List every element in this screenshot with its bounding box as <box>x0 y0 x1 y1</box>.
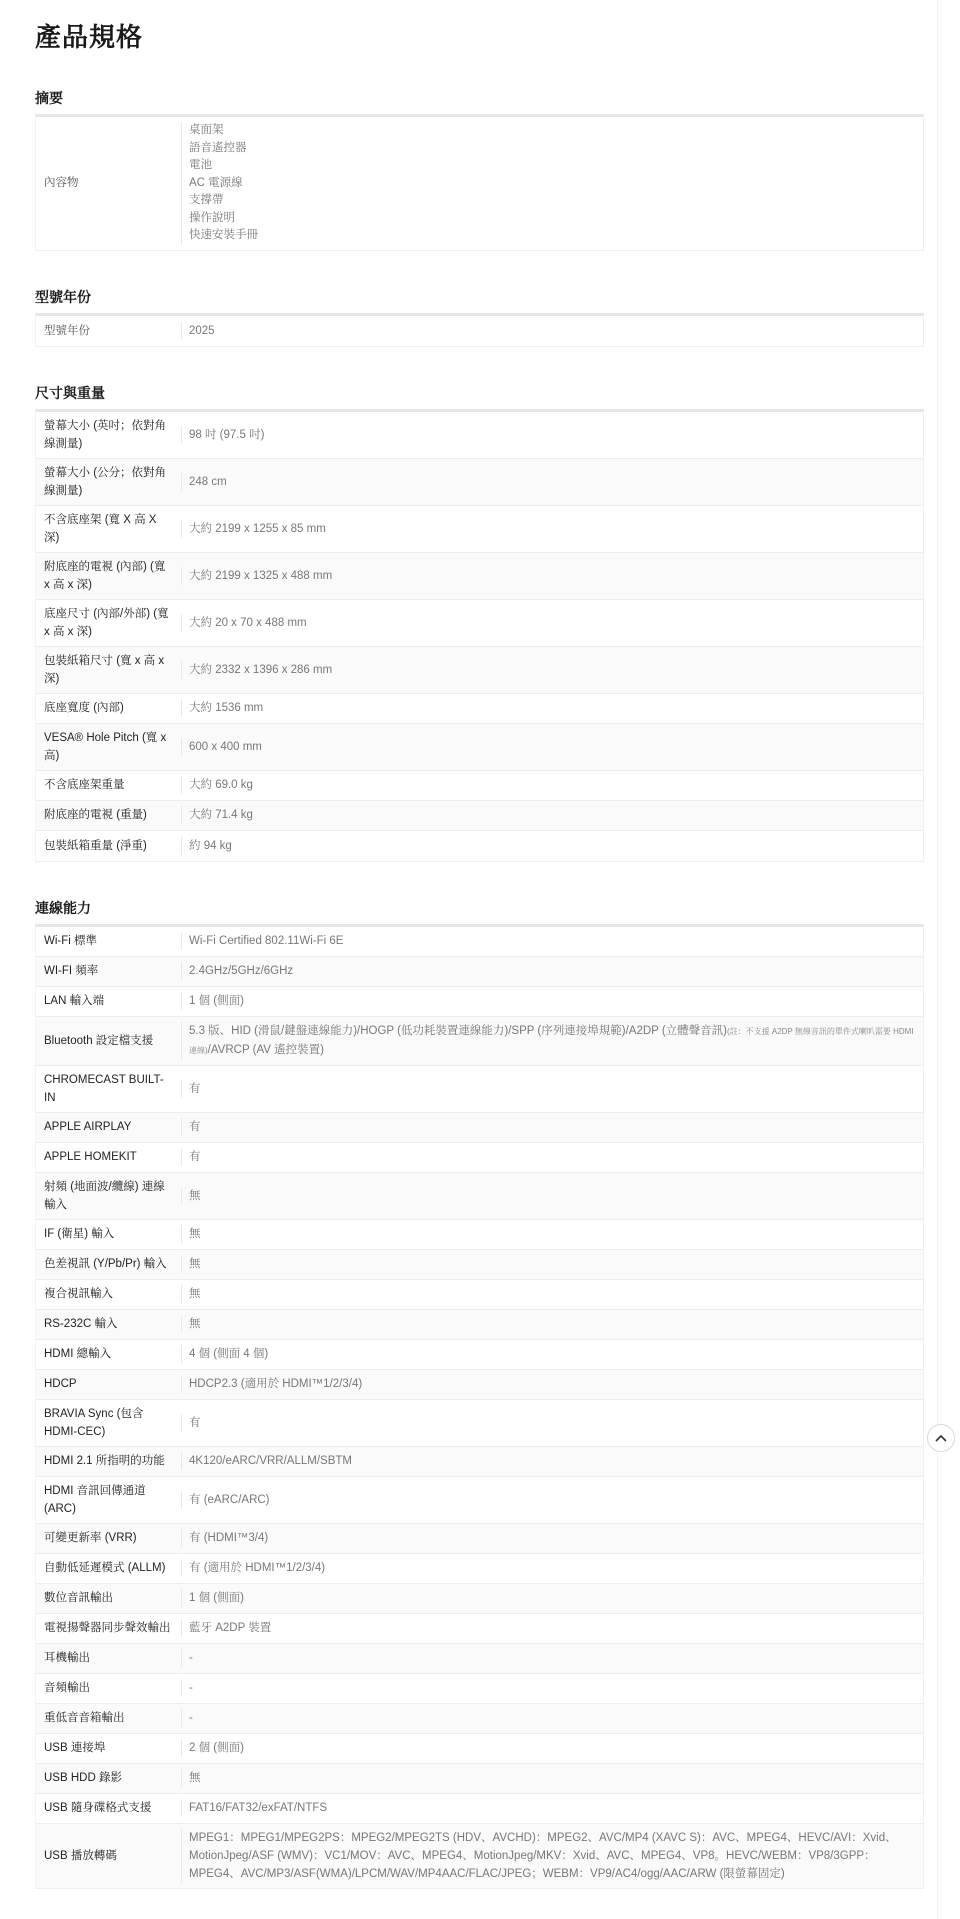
spec-row: 可變更新率 (VRR)有 (HDMI™3/4) <box>36 1524 923 1554</box>
spec-row: LAN 輸入端1 個 (側面) <box>36 987 923 1017</box>
spec-label: 底座尺寸 (內部/外部) (寬 x 高 x 深) <box>36 600 181 646</box>
section-title: 連線能力 <box>35 898 924 924</box>
spec-value: MPEG1：MPEG1/MPEG2PS：MPEG2/MPEG2TS (HDV、A… <box>181 1829 923 1883</box>
content-item: 快速安裝手冊 <box>189 227 915 245</box>
spec-label: 自動低延遲模式 (ALLM) <box>36 1554 181 1582</box>
page-right-border <box>937 0 938 1919</box>
spec-page: 產品規格 摘要 內容物 桌面架 語音遙控器 電池 AC 電源線 支撐帶 操作說明… <box>0 0 960 1889</box>
spec-row: CHROMECAST BUILT-IN有 <box>36 1066 923 1113</box>
spec-row: HDCPHDCP2.3 (適用於 HDMI™1/2/3/4) <box>36 1370 923 1400</box>
spec-label: USB 隨身碟格式支援 <box>36 1794 181 1822</box>
spec-label: LAN 輸入端 <box>36 987 181 1015</box>
spec-value: 無 <box>181 1769 923 1787</box>
content-item: 桌面架 <box>189 122 915 140</box>
spec-label: VESA® Hole Pitch (寬 x 高) <box>36 724 181 770</box>
spec-value: 4K120/eARC/VRR/ALLM/SBTM <box>181 1452 923 1470</box>
spec-label: BRAVIA Sync (包含 HDMI-CEC) <box>36 1400 181 1446</box>
spec-value: 大約 20 x 70 x 488 mm <box>181 614 923 632</box>
spec-value: 無 <box>181 1187 923 1205</box>
page-title: 產品規格 <box>35 0 924 50</box>
spec-label: 包裝紙箱尺寸 (寬 x 高 x 深) <box>36 647 181 693</box>
spec-value: 大約 1536 mm <box>181 699 923 717</box>
spec-value: 有 <box>181 1118 923 1136</box>
spec-row: 型號年份 2025 <box>36 316 923 346</box>
spec-value: 無 <box>181 1315 923 1333</box>
spec-label: 複合視訊輸入 <box>36 1280 181 1308</box>
spec-row: RS-232C 輸入無 <box>36 1310 923 1340</box>
spec-value: 5.3 版、HID (滑鼠/鍵盤連線能力)/HOGP (低功耗裝置連線能力)/S… <box>181 1022 923 1060</box>
spec-value: 600 x 400 mm <box>181 738 923 756</box>
spec-label: APPLE HOMEKIT <box>36 1143 181 1171</box>
spec-row: 自動低延遲模式 (ALLM)有 (適用於 HDMI™1/2/3/4) <box>36 1554 923 1584</box>
spec-value: 大約 71.4 kg <box>181 806 923 824</box>
spec-row: APPLE AIRPLAY有 <box>36 1113 923 1143</box>
spec-label: 可變更新率 (VRR) <box>36 1524 181 1552</box>
spec-label: 螢幕大小 (英吋；依對角線測量) <box>36 412 181 458</box>
spec-label: 內容物 <box>36 169 181 197</box>
spec-label: 底座寬度 (內部) <box>36 694 181 722</box>
chevron-up-icon <box>935 1434 947 1442</box>
spec-row: 音頻輸出- <box>36 1674 923 1704</box>
spec-row: HDMI 音訊回傳通道 (ARC)有 (eARC/ARC) <box>36 1477 923 1524</box>
scroll-to-top-button[interactable] <box>927 1424 955 1452</box>
spec-row: 螢幕大小 (公分；依對角線測量)248 cm <box>36 459 923 506</box>
spec-value: 藍牙 A2DP 裝置 <box>181 1619 923 1637</box>
content-item: 操作說明 <box>189 210 915 228</box>
spec-table: 螢幕大小 (英吋；依對角線測量)98 吋 (97.5 吋)螢幕大小 (公分；依對… <box>35 409 924 862</box>
spec-row: 底座寬度 (內部)大約 1536 mm <box>36 694 923 724</box>
spec-value: Wi-Fi Certified 802.11Wi-Fi 6E <box>181 932 923 950</box>
spec-row: BRAVIA Sync (包含 HDMI-CEC)有 <box>36 1400 923 1447</box>
spec-label: HDMI 2.1 所指明的功能 <box>36 1447 181 1475</box>
spec-value: 2 個 (側面) <box>181 1739 923 1757</box>
spec-row: IF (衛星) 輸入無 <box>36 1220 923 1250</box>
spec-value-main: 5.3 版、HID (滑鼠/鍵盤連線能力)/HOGP (低功耗裝置連線能力)/S… <box>189 1025 727 1037</box>
spec-label: 音頻輸出 <box>36 1674 181 1702</box>
spec-row: 不含底座架 (寬 X 高 X 深)大約 2199 x 1255 x 85 mm <box>36 506 923 553</box>
spec-row: 底座尺寸 (內部/外部) (寬 x 高 x 深)大約 20 x 70 x 488… <box>36 600 923 647</box>
spec-label: 型號年份 <box>36 317 181 345</box>
section-summary: 摘要 內容物 桌面架 語音遙控器 電池 AC 電源線 支撐帶 操作說明 快速安裝… <box>35 88 924 251</box>
spec-row: USB 連接埠2 個 (側面) <box>36 1734 923 1764</box>
spec-value: 2025 <box>181 322 923 340</box>
spec-label: Bluetooth 設定檔支援 <box>36 1027 181 1055</box>
spec-value: 1 個 (側面) <box>181 992 923 1010</box>
section-connectivity: 連線能力 Wi-Fi 標準Wi-Fi Certified 802.11Wi-Fi… <box>35 898 924 1889</box>
spec-label: 包裝紙箱重量 (淨重) <box>36 832 181 860</box>
spec-value: 無 <box>181 1285 923 1303</box>
spec-label: RS-232C 輸入 <box>36 1310 181 1338</box>
spec-label: 耳機輸出 <box>36 1644 181 1672</box>
spec-row: 包裝紙箱尺寸 (寬 x 高 x 深)大約 2332 x 1396 x 286 m… <box>36 647 923 694</box>
spec-row: WI-FI 頻率2.4GHz/5GHz/6GHz <box>36 957 923 987</box>
spec-label: 不含底座架重量 <box>36 771 181 799</box>
spec-value: 有 (適用於 HDMI™1/2/3/4) <box>181 1559 923 1577</box>
spec-value: 248 cm <box>181 473 923 491</box>
spec-row: 色差視訊 (Y/Pb/Pr) 輸入無 <box>36 1250 923 1280</box>
content-item: AC 電源線 <box>189 175 915 193</box>
spec-value: 無 <box>181 1225 923 1243</box>
spec-label: HDCP <box>36 1370 181 1398</box>
spec-row: 附底座的電視 (內部) (寬 x 高 x 深)大約 2199 x 1325 x … <box>36 553 923 600</box>
spec-label: 附底座的電視 (內部) (寬 x 高 x 深) <box>36 553 181 599</box>
spec-label: HDMI 音訊回傳通道 (ARC) <box>36 1477 181 1523</box>
spec-label: APPLE AIRPLAY <box>36 1113 181 1141</box>
spec-row: HDMI 總輸入4 個 (側面 4 個) <box>36 1340 923 1370</box>
spec-label: USB 連接埠 <box>36 1734 181 1762</box>
spec-value: - <box>181 1709 923 1727</box>
spec-row: VESA® Hole Pitch (寬 x 高)600 x 400 mm <box>36 724 923 771</box>
spec-label: WI-FI 頻率 <box>36 957 181 985</box>
spec-table: 內容物 桌面架 語音遙控器 電池 AC 電源線 支撐帶 操作說明 快速安裝手冊 <box>35 114 924 251</box>
spec-value: 大約 2332 x 1396 x 286 mm <box>181 661 923 679</box>
spec-label: 重低音音箱輸出 <box>36 1704 181 1732</box>
section-title: 摘要 <box>35 88 924 114</box>
spec-label: USB 播放轉碼 <box>36 1842 181 1870</box>
spec-table: 型號年份 2025 <box>35 313 924 347</box>
spec-row: HDMI 2.1 所指明的功能4K120/eARC/VRR/ALLM/SBTM <box>36 1447 923 1477</box>
spec-row: 電視揚聲器同步聲效輸出藍牙 A2DP 裝置 <box>36 1614 923 1644</box>
spec-row: APPLE HOMEKIT有 <box>36 1143 923 1173</box>
spec-row: Wi-Fi 標準Wi-Fi Certified 802.11Wi-Fi 6E <box>36 927 923 957</box>
spec-row: 附底座的電視 (重量)大約 71.4 kg <box>36 801 923 831</box>
spec-value: 大約 2199 x 1325 x 488 mm <box>181 567 923 585</box>
spec-row: 內容物 桌面架 語音遙控器 電池 AC 電源線 支撐帶 操作說明 快速安裝手冊 <box>36 117 923 250</box>
spec-label: 射頻 (地面波/纜線) 連線輸入 <box>36 1173 181 1219</box>
spec-row: 射頻 (地面波/纜線) 連線輸入無 <box>36 1173 923 1220</box>
spec-value: 約 94 kg <box>181 837 923 855</box>
spec-value: 4 個 (側面 4 個) <box>181 1345 923 1363</box>
spec-label: 螢幕大小 (公分；依對角線測量) <box>36 459 181 505</box>
spec-row: 複合視訊輸入無 <box>36 1280 923 1310</box>
spec-value: HDCP2.3 (適用於 HDMI™1/2/3/4) <box>181 1375 923 1393</box>
spec-value: 有 <box>181 1080 923 1098</box>
spec-label: 附底座的電視 (重量) <box>36 801 181 829</box>
spec-label: CHROMECAST BUILT-IN <box>36 1066 181 1112</box>
spec-value: 98 吋 (97.5 吋) <box>181 426 923 444</box>
spec-table: Wi-Fi 標準Wi-Fi Certified 802.11Wi-Fi 6EWI… <box>35 924 924 1889</box>
spec-value: - <box>181 1679 923 1697</box>
spec-row: 螢幕大小 (英吋；依對角線測量)98 吋 (97.5 吋) <box>36 412 923 459</box>
spec-value: 1 個 (側面) <box>181 1589 923 1607</box>
spec-label: 色差視訊 (Y/Pb/Pr) 輸入 <box>36 1250 181 1278</box>
spec-value: 無 <box>181 1255 923 1273</box>
spec-label: 電視揚聲器同步聲效輸出 <box>36 1614 181 1642</box>
content-item: 語音遙控器 <box>189 140 915 158</box>
spec-value: 2.4GHz/5GHz/6GHz <box>181 962 923 980</box>
spec-row: 不含底座架重量大約 69.0 kg <box>36 771 923 801</box>
spec-value: - <box>181 1649 923 1667</box>
spec-row: 耳機輸出- <box>36 1644 923 1674</box>
spec-row: 包裝紙箱重量 (淨重)約 94 kg <box>36 831 923 861</box>
spec-row: 數位音訊輸出1 個 (側面) <box>36 1584 923 1614</box>
spec-value: 有 (eARC/ARC) <box>181 1491 923 1509</box>
section-dimensions: 尺寸與重量 螢幕大小 (英吋；依對角線測量)98 吋 (97.5 吋)螢幕大小 … <box>35 383 924 862</box>
spec-label: 數位音訊輸出 <box>36 1584 181 1612</box>
content-item: 支撐帶 <box>189 192 915 210</box>
section-title: 型號年份 <box>35 287 924 313</box>
spec-value: 桌面架 語音遙控器 電池 AC 電源線 支撐帶 操作說明 快速安裝手冊 <box>181 122 923 245</box>
spec-value: 有 <box>181 1148 923 1166</box>
spec-label: HDMI 總輸入 <box>36 1340 181 1368</box>
spec-value-suffix: /AVRCP (AV 遙控裝置) <box>208 1044 324 1056</box>
spec-label: Wi-Fi 標準 <box>36 927 181 955</box>
content-item: 電池 <box>189 157 915 175</box>
spec-row: USB 播放轉碼MPEG1：MPEG1/MPEG2PS：MPEG2/MPEG2T… <box>36 1824 923 1888</box>
spec-label: USB HDD 錄影 <box>36 1764 181 1792</box>
spec-value: FAT16/FAT32/exFAT/NTFS <box>181 1799 923 1817</box>
section-model-year: 型號年份 型號年份 2025 <box>35 287 924 347</box>
spec-value: 有 (HDMI™3/4) <box>181 1529 923 1547</box>
spec-label: IF (衛星) 輸入 <box>36 1220 181 1248</box>
spec-row: USB 隨身碟格式支援FAT16/FAT32/exFAT/NTFS <box>36 1794 923 1824</box>
spec-value: 大約 69.0 kg <box>181 776 923 794</box>
spec-value: 大約 2199 x 1255 x 85 mm <box>181 520 923 538</box>
spec-row: USB HDD 錄影無 <box>36 1764 923 1794</box>
spec-row: Bluetooth 設定檔支援5.3 版、HID (滑鼠/鍵盤連線能力)/HOG… <box>36 1017 923 1066</box>
section-title: 尺寸與重量 <box>35 383 924 409</box>
spec-row: 重低音音箱輸出- <box>36 1704 923 1734</box>
spec-value: 有 <box>181 1414 923 1432</box>
spec-label: 不含底座架 (寬 X 高 X 深) <box>36 506 181 552</box>
